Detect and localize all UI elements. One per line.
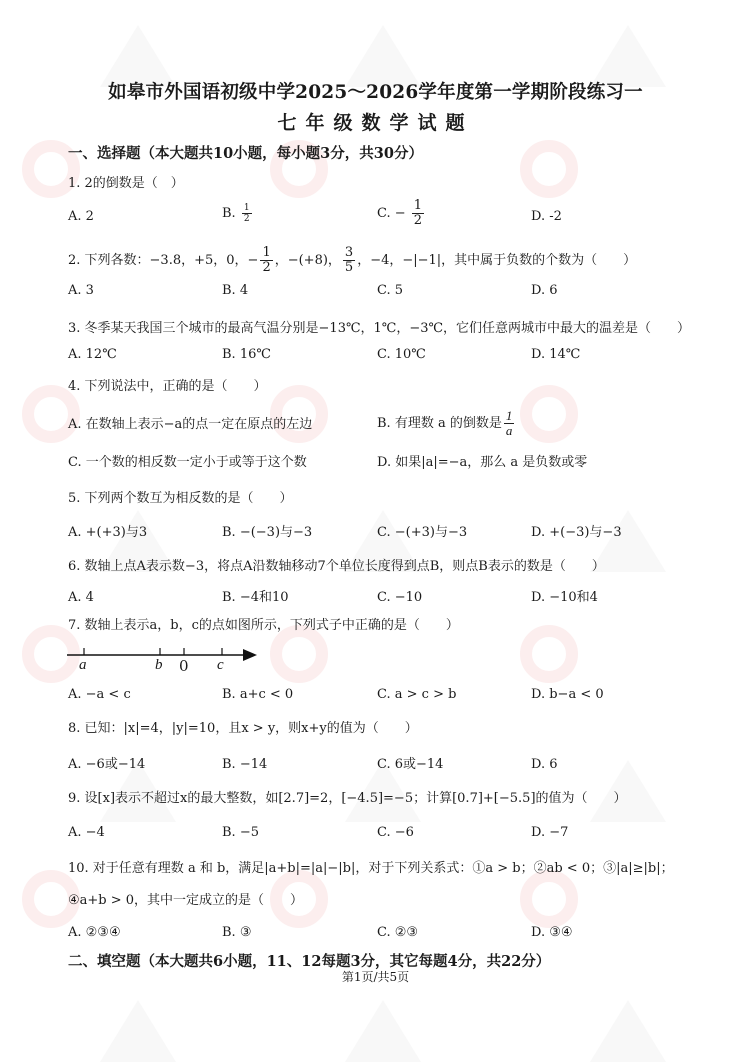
question-5-stem: 5. 下列两个数互为相反数的是（ ） xyxy=(68,490,293,508)
number-line-label-c: c xyxy=(217,657,224,674)
q2-option-a: A. 3 xyxy=(68,282,94,300)
q7-option-a: A. −a < c xyxy=(68,686,131,704)
q4-option-b: B. 有理数 a 的倒数是1a xyxy=(377,409,516,438)
q3-option-b: B. 16℃ xyxy=(222,346,271,364)
q8-option-c: C. 6或−14 xyxy=(377,756,443,774)
q5-option-c: C. −(+3)与−3 xyxy=(377,524,467,542)
question-3-stem: 3. 冬季某天我国三个城市的最高气温分别是−13℃，1℃，−3℃，它们任意两城市… xyxy=(68,320,690,338)
question-7-stem: 7. 数轴上表示a，b，c的点如图所示，下列式子中正确的是（ ） xyxy=(68,617,459,635)
numerator: 1 xyxy=(504,409,515,424)
question-9-stem: 9. 设[x]表示不超过x的最大整数，如[2.7]=2，[−4.5]=−5；计算… xyxy=(68,790,627,808)
q10-option-c: C. ②③ xyxy=(377,924,418,942)
numerator: 3 xyxy=(343,246,355,261)
q9-option-d: D. −7 xyxy=(531,824,568,842)
q10-option-d: D. ③④ xyxy=(531,924,573,942)
q5-option-a: A. +(+3)与3 xyxy=(68,524,147,542)
q1-option-d: D. -2 xyxy=(531,208,562,226)
fraction: 12 xyxy=(242,203,252,224)
exam-page: 如皋市外国语初级中学2025～2026学年度第一学期阶段练习一 七年级数学试题 … xyxy=(0,0,751,1063)
q7-option-c: C. a > c > b xyxy=(377,686,456,704)
denominator: 2 xyxy=(244,214,250,224)
q3-option-a: A. 12℃ xyxy=(68,346,117,364)
question-2-stem: 2. 下列各数：−3.8，+5，0，−12，−(+8)，35，−4，−|−1|，… xyxy=(68,246,636,275)
question-1-stem: 1. 2的倒数是（ ） xyxy=(68,175,184,193)
option-label: B. 有理数 a 的倒数是 xyxy=(377,416,502,431)
page-footer: 第1页/共5页 xyxy=(0,968,751,985)
question-4-stem: 4. 下列说法中，正确的是（ ） xyxy=(68,378,267,396)
number-line-label-zero: 0 xyxy=(179,657,189,675)
q9-option-b: B. −5 xyxy=(222,824,259,842)
q2-option-d: D. 6 xyxy=(531,282,558,300)
fraction: 12 xyxy=(260,246,272,275)
q4-option-a: A. 在数轴上表示−a的点一定在原点的左边 xyxy=(68,416,312,434)
q1-option-a: A. 2 xyxy=(68,208,94,226)
q9-option-a: A. −4 xyxy=(68,824,105,842)
section-heading-choice: 一、选择题（本大题共10小题，每小题3分，共30分） xyxy=(68,142,423,163)
q6-option-b: B. −4和10 xyxy=(222,589,289,607)
denominator: 5 xyxy=(345,261,353,275)
q4-option-c: C. 一个数的相反数一定小于或等于这个数 xyxy=(68,454,307,472)
school-title: 如皋市外国语初级中学2025～2026学年度第一学期阶段练习一 xyxy=(0,78,751,104)
numerator: 1 xyxy=(412,199,424,214)
fraction: 35 xyxy=(343,246,355,275)
question-6-stem: 6. 数轴上点A表示数−3，将点A沿数轴移动7个单位长度得到点B，则点B表示的数… xyxy=(68,558,605,576)
q2-option-b: B. 4 xyxy=(222,282,248,300)
subject-title: 七年级数学试题 xyxy=(0,108,751,135)
stem-text: 2. 下列各数：−3.8，+5，0，− xyxy=(68,253,258,268)
fraction: 12 xyxy=(412,199,424,228)
q4-option-d: D. 如果|a|=−a，那么 a 是负数或零 xyxy=(377,454,587,472)
q3-option-d: D. 14℃ xyxy=(531,346,580,364)
q2-option-c: C. 5 xyxy=(377,282,403,300)
numerator: 1 xyxy=(242,203,252,214)
q9-option-c: C. −6 xyxy=(377,824,414,842)
question-8-stem: 8. 已知：|x|=4，|y|=10，且x > y，则x+y的值为（ ） xyxy=(68,720,418,738)
q5-option-d: D. +(−3)与−3 xyxy=(531,524,622,542)
q1-option-b: B. 12 xyxy=(222,203,254,224)
fraction: 1a xyxy=(504,409,515,438)
denominator: 2 xyxy=(414,214,422,228)
q8-option-a: A. −6或−14 xyxy=(68,756,145,774)
question-10-stem-line2: ④a+b > 0，其中一定成立的是（ ） xyxy=(68,892,303,910)
q6-option-c: C. −10 xyxy=(377,589,422,607)
denominator: 2 xyxy=(262,261,270,275)
q3-option-c: C. 10℃ xyxy=(377,346,426,364)
q10-option-b: B. ③ xyxy=(222,924,251,942)
q6-option-a: A. 4 xyxy=(68,589,94,607)
stem-text: ，−(+8)， xyxy=(275,253,341,268)
q7-option-b: B. a+c < 0 xyxy=(222,686,293,704)
stem-text: ，−4，−|−1|，其中属于负数的个数为（ ） xyxy=(357,253,636,268)
number-line-label-a: a xyxy=(79,657,87,674)
q10-option-a: A. ②③④ xyxy=(68,924,121,942)
q6-option-d: D. −10和4 xyxy=(531,589,598,607)
question-10-stem-line1: 10. 对于任意有理数 a 和 b，满足|a+b|=|a|−|b|，对于下列关系… xyxy=(68,860,674,878)
option-label: B. xyxy=(222,206,236,221)
q8-option-d: D. 6 xyxy=(531,756,558,774)
q5-option-b: B. −(−3)与−3 xyxy=(222,524,312,542)
numerator: 1 xyxy=(260,246,272,261)
number-line-diagram: a b 0 c xyxy=(67,642,257,682)
number-line-label-b: b xyxy=(155,657,163,674)
q8-option-b: B. −14 xyxy=(222,756,267,774)
q1-option-c: C. − 12 xyxy=(377,199,426,228)
denominator: a xyxy=(506,424,513,438)
option-label: C. − xyxy=(377,206,406,221)
q7-option-d: D. b−a < 0 xyxy=(531,686,604,704)
